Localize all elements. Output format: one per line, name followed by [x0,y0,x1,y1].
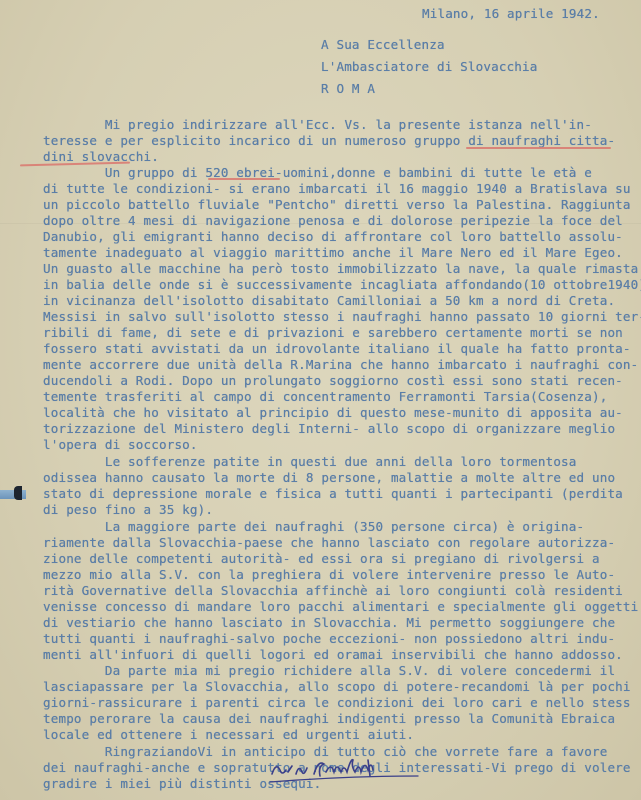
body-line: Da parte mia mi pregio richidere alla S.… [43,664,615,678]
body-line: giorni-rassicurare i parenti circa le co… [43,696,631,710]
body-line: Messisi in salvo sull'isolotto stesso i … [43,310,641,324]
margin-clip [14,486,22,500]
body-line: mezzo mio alla S.V. con la preghiera di … [43,568,615,582]
body-line: lasciapassare per la Slovacchia, allo sc… [43,680,631,694]
body-line: l'opera di soccorso. [43,438,198,452]
body-line: La maggiore parte dei naufraghi (350 per… [43,520,584,534]
body-line: Mi pregio indirizzare all'Ecc. Vs. la pr… [43,118,592,132]
body-line: di tutte le condizioni- si erano imbarca… [43,182,631,196]
body-line: tamente inadeguato al viaggio marittimo … [43,246,623,260]
body-line: ducendoli a Rodi. Dopo un prolungato sog… [43,374,623,388]
body-line: mente accorrere due unità della R.Marina… [43,358,638,372]
body-line: Danubio, gli emigranti hanno deciso di a… [43,230,623,244]
body-line: Le sofferenze patite in questi due anni … [43,455,577,469]
body-line: teresse e per esplicito incarico di un n… [43,134,615,148]
body-line: riamente dalla Slovacchia-paese che hann… [43,536,615,550]
body-line: locale ed ottenere i necessari ed urgent… [43,728,414,742]
body-line: tutti quanti i naufraghi-salvo poche ecc… [43,632,615,646]
body-line: località che ho visitato al principio di… [43,406,623,420]
letter-page: Milano, 16 aprile 1942. A Sua Eccellenza… [0,0,641,800]
addressee-line-3: R O M A [321,82,375,96]
addressee-line-2: L'Ambasciatore di Slovacchia [321,60,538,74]
body-line: rità Governative della Slovacchia affinc… [43,584,623,598]
place-date: Milano, 16 aprile 1942. [422,7,600,21]
addressee-line-1: A Sua Eccellenza [321,38,445,52]
margin-tab [0,490,26,499]
signature [266,752,436,786]
body-line: di peso fino a 35 kg). [43,503,213,517]
body-line: zione delle competenti autorità- ed essi… [43,552,600,566]
body-line: in vicinanza dell'isolotto disabitato Ca… [43,294,615,308]
pencil-underline [466,147,611,149]
body-line: un piccolo battello fluviale "Pentcho" d… [43,198,631,212]
body-line: menti all'infuori di quelli logori ed or… [43,648,623,662]
pencil-underline [208,178,280,180]
body-line: Un guasto alle macchine ha però tosto im… [43,262,638,276]
body-line: tempo perorare la causa dei naufraghi in… [43,712,615,726]
body-line: temente trasferiti al campo di concentra… [43,390,607,404]
body-line: odissea hanno causato la morte di 8 pers… [43,471,615,485]
body-line: fossero stati avvistati da un idrovolant… [43,342,631,356]
body-line: stato di depressione morale e fisica a t… [43,487,623,501]
body-line: Un gruppo di 520 ebrei-uomini,donne e ba… [43,166,592,180]
body-line: venisse concesso di mandare loro pacchi … [43,600,638,614]
body-line: dopo oltre 4 mesi di navigazione penosa … [43,214,623,228]
body-line: in balia delle onde si è successivamente… [43,278,641,292]
body-line: di vestiario che hanno lasciato in Slova… [43,616,615,630]
body-line: ribili di fame, di sete e di privazioni … [43,326,623,340]
body-line: torizzazione del Ministero degli Interni… [43,422,615,436]
